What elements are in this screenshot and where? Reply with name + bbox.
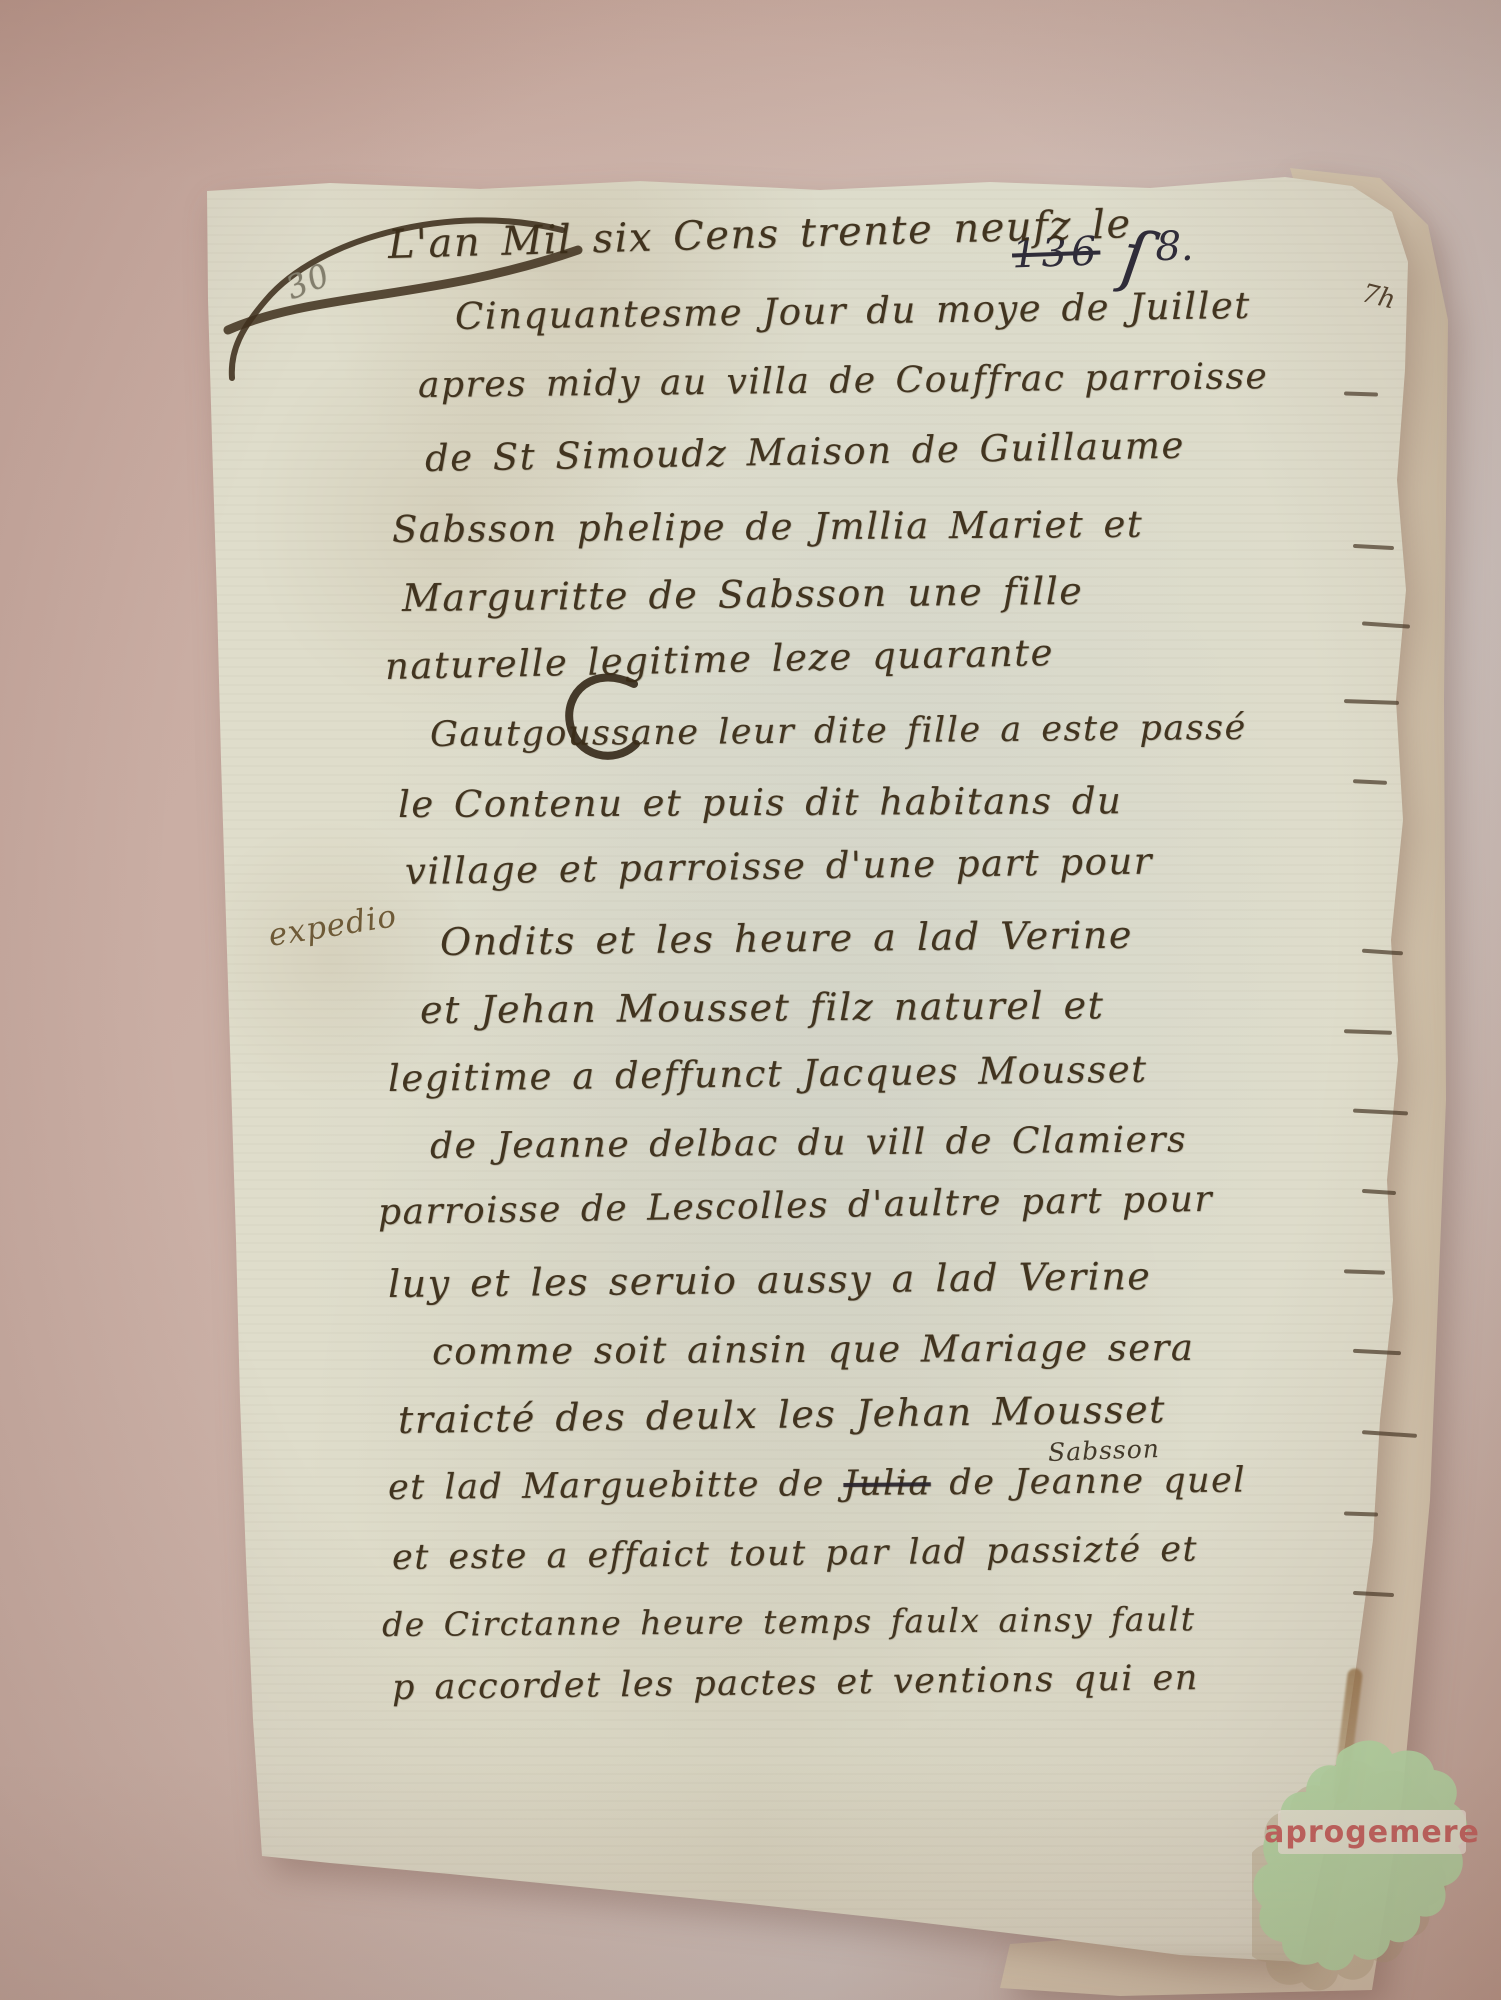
edge-ink-dash (1353, 1591, 1394, 1597)
edge-ink-dash (1353, 779, 1387, 785)
edge-ink-dash (1362, 1430, 1417, 1438)
edge-ink-dash (1344, 1269, 1385, 1274)
edge-ink-dash (1353, 1349, 1401, 1356)
edge-ink-dash (1344, 1511, 1378, 1516)
watermark-label: aprogemere (1264, 1815, 1480, 1850)
edge-ink-dash (1362, 1189, 1396, 1195)
edge-ink-dash (1344, 1029, 1392, 1035)
edge-marks-layer (0, 0, 1501, 2000)
edge-ink-dash (1344, 391, 1378, 396)
edge-ink-dash (1344, 699, 1399, 705)
edge-ink-dash (1362, 621, 1410, 628)
photo-backdrop: 30 136ſ8. expedio 7h L'an Mil six Cens t… (0, 0, 1501, 2000)
edge-ink-dash (1362, 949, 1403, 956)
watermark-green-shape (1253, 1740, 1467, 1970)
edge-ink-dash (1353, 1109, 1408, 1116)
edge-ink-dash (1353, 544, 1394, 550)
aprogemere-watermark: aprogemere (1252, 1738, 1487, 1993)
